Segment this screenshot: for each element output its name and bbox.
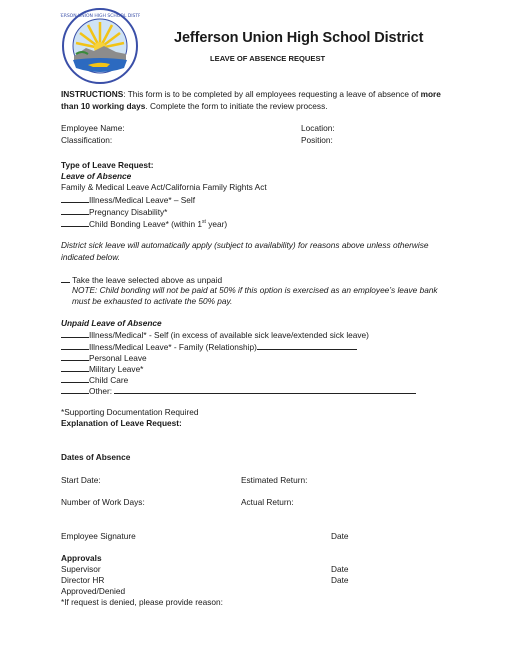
relationship-field[interactable]	[257, 341, 357, 350]
other-reason-field[interactable]	[114, 385, 416, 394]
employee-name-field[interactable]: Employee Name:	[61, 123, 125, 134]
checkbox-blank[interactable]	[61, 218, 89, 227]
actual-return-field[interactable]: Actual Return:	[241, 497, 294, 508]
leave-of-absence-subheading: Leave of Absence	[61, 171, 131, 182]
leave-option-pregnancy[interactable]: Pregnancy Disability*	[61, 206, 167, 218]
approved-denied-field[interactable]: Approved/Denied	[61, 586, 125, 597]
unpaid-option-illness-self[interactable]: Illness/Medical* - Self (in excess of av…	[61, 329, 369, 341]
location-field[interactable]: Location:	[301, 123, 335, 134]
unpaid-leave-heading: Unpaid Leave of Absence	[61, 318, 162, 329]
supervisor-field[interactable]: Supervisor	[61, 564, 101, 575]
instructions-label: INSTRUCTIONS	[61, 89, 123, 99]
checkbox-blank[interactable]	[61, 374, 89, 383]
checkbox-blank[interactable]	[61, 341, 89, 350]
estimated-return-field[interactable]: Estimated Return:	[241, 475, 307, 486]
leave-option-child-bonding[interactable]: Child Bonding Leave* (within 1st year)	[61, 218, 227, 230]
employee-signature-date-field[interactable]: Date	[331, 531, 349, 542]
classification-field[interactable]: Classification:	[61, 135, 112, 146]
instructions-line-2: than 10 working days. Complete the form …	[61, 101, 328, 112]
instructions-line-1: INSTRUCTIONS: This form is to be complet…	[61, 89, 441, 100]
work-days-field[interactable]: Number of Work Days:	[61, 497, 145, 508]
unpaid-note-line-2: must be exhausted to activate the 50% pa…	[72, 296, 232, 307]
svg-text:JEFFERSON UNION HIGH SCHOOL DI: JEFFERSON UNION HIGH SCHOOL DISTRICT	[60, 13, 140, 19]
dates-heading: Dates of Absence	[61, 452, 130, 463]
checkbox-blank[interactable]	[61, 385, 89, 394]
checkbox-blank[interactable]	[61, 194, 89, 203]
employee-signature-field[interactable]: Employee Signature	[61, 531, 136, 542]
district-seal-icon: JEFFERSON UNION HIGH SCHOOL DISTRICT	[60, 6, 140, 86]
director-hr-field[interactable]: Director HR	[61, 575, 104, 586]
checkbox-blank[interactable]	[61, 274, 70, 283]
unpaid-option-other[interactable]: Other:	[61, 385, 416, 397]
unpaid-note-line-1: NOTE: Child bonding will not be paid at …	[72, 285, 438, 296]
explanation-heading: Explanation of Leave Request:	[61, 418, 182, 429]
district-name: Jefferson Union High School District	[174, 30, 423, 46]
checkbox-blank[interactable]	[61, 352, 89, 361]
start-date-field[interactable]: Start Date:	[61, 475, 101, 486]
approvals-heading: Approvals	[61, 553, 102, 564]
checkbox-blank[interactable]	[61, 363, 89, 372]
position-field[interactable]: Position:	[301, 135, 333, 146]
leave-option-illness-self[interactable]: Illness/Medical Leave* – Self	[61, 194, 195, 206]
checkbox-blank[interactable]	[61, 329, 89, 338]
fmla-cfra-label: Family & Medical Leave Act/California Fa…	[61, 182, 267, 193]
checkbox-blank[interactable]	[61, 206, 89, 215]
director-hr-date-field[interactable]: Date	[331, 575, 349, 586]
denied-reason-field[interactable]: *If request is denied, please provide re…	[61, 597, 223, 608]
sick-leave-note-line-1: District sick leave will automatically a…	[61, 240, 429, 251]
form-title: LEAVE OF ABSENCE REQUEST	[210, 54, 325, 63]
sick-leave-note-line-2: indicated below.	[61, 252, 120, 263]
leave-type-heading: Type of Leave Request:	[61, 160, 154, 171]
supervisor-date-field[interactable]: Date	[331, 564, 349, 575]
supporting-doc-note: *Supporting Documentation Required	[61, 407, 198, 418]
